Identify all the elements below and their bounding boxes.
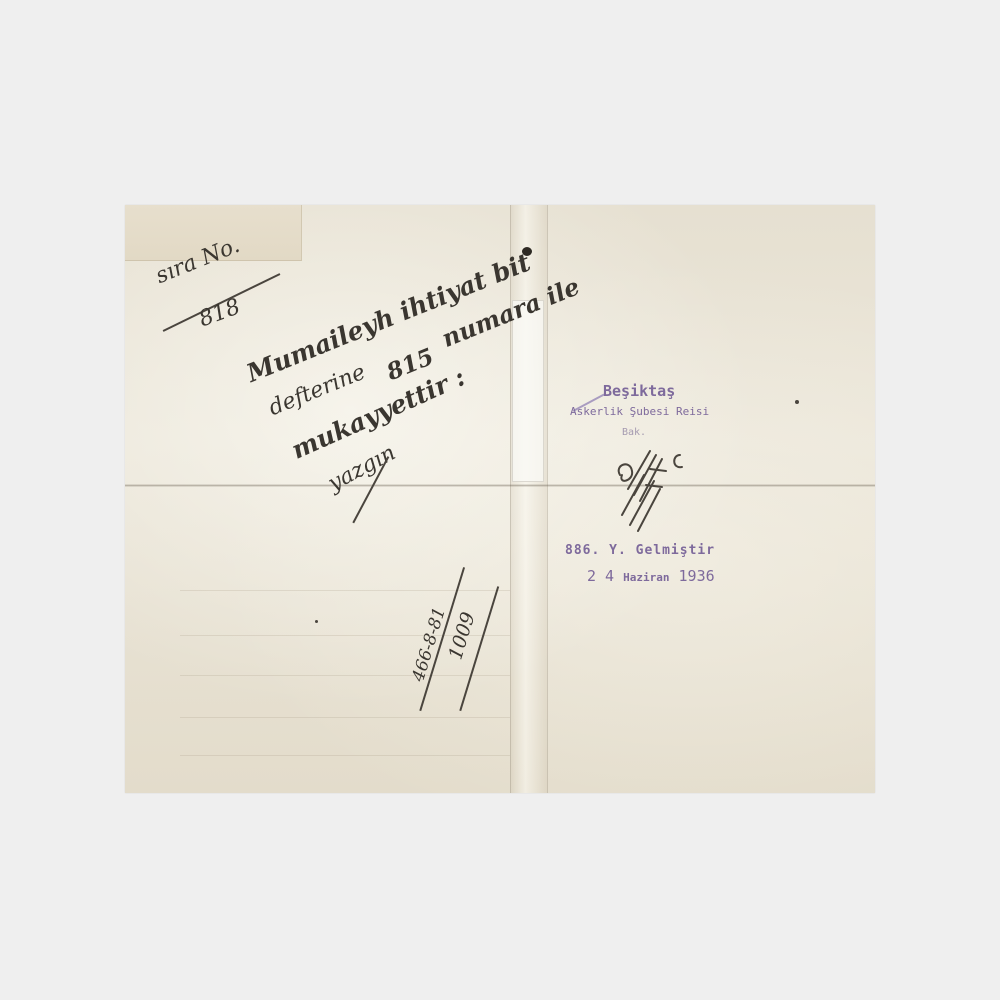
ruled-line: [180, 675, 510, 676]
stamp-day: 2 4: [587, 567, 614, 585]
stamp-received-line-1: 886. Y. Gelmiştir: [565, 543, 715, 558]
ruled-line: [180, 590, 510, 591]
horizontal-fold: [125, 484, 875, 487]
stamp-year: 1936: [679, 567, 715, 585]
ink-dot: [315, 620, 318, 623]
signature-scrawl-icon: [610, 445, 690, 535]
ink-dot: [795, 400, 799, 404]
scanned-document: sıra No. 818 Mumaileyh ihtiyat bit defte…: [125, 205, 875, 793]
repair-tape: [512, 300, 544, 482]
stamp-received-date: 2 4 Haziran 1936: [587, 567, 715, 585]
stamp-month: Haziran: [623, 571, 669, 584]
note-line-4: yazgın: [324, 440, 400, 496]
stamp-office-line-3: Bak.: [622, 427, 646, 438]
stamp-office-line-2: Askerlik Şubesi Reisi: [570, 405, 709, 418]
lower-number-1: 466-8-81: [408, 605, 449, 684]
stamp-office-line-1: Beşiktaş: [603, 382, 675, 400]
sira-number: 818: [196, 294, 244, 332]
ruled-line: [180, 717, 510, 718]
ruled-line: [180, 755, 510, 756]
